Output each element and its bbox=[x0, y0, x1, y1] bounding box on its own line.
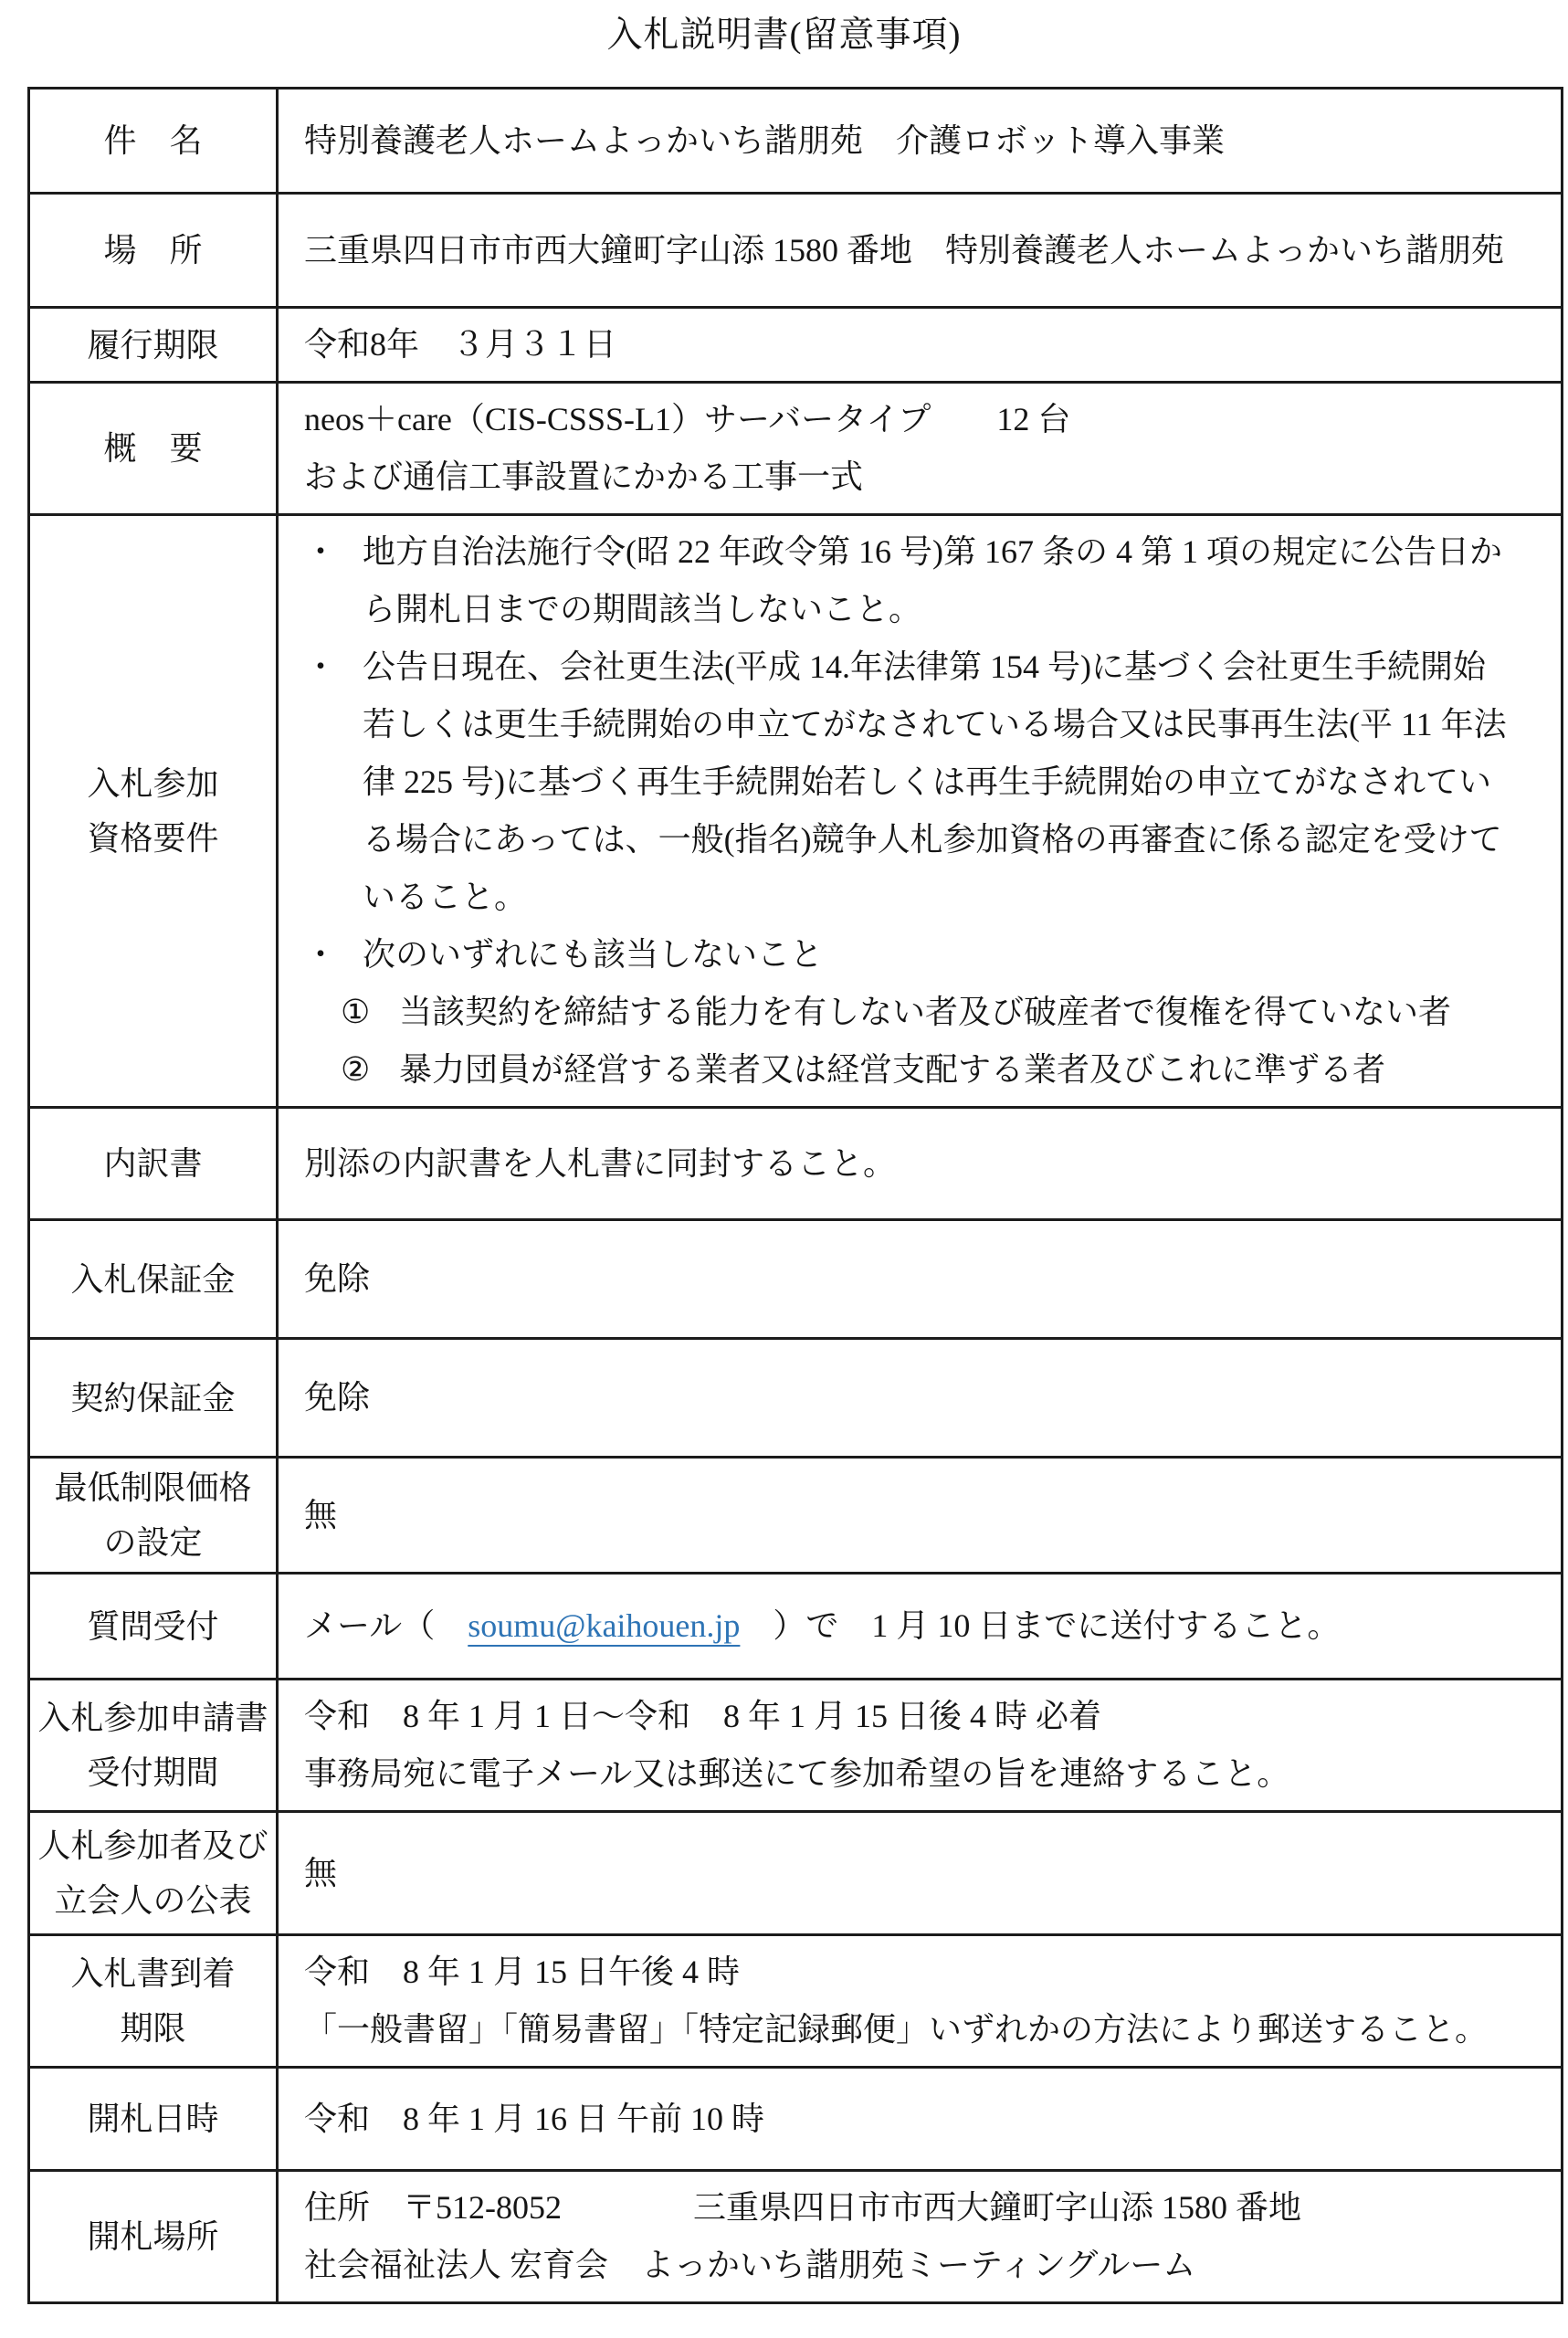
row-label-kaisatsu-nichiji: 開札日時 bbox=[29, 2068, 278, 2171]
row-content-kenmei: 特別養護老人ホームよっかいち諧朋苑 介護ロボット導入事業 bbox=[278, 89, 1563, 194]
item-number-marker: ② bbox=[341, 1041, 399, 1099]
content-line: る場合にあっては、一般(指名)競争人札参加資格の再審査に係る認定を受けて bbox=[363, 811, 1544, 869]
item-number-marker: ① bbox=[341, 984, 399, 1041]
table-row-sanka-shinseisho: 入札参加申請書受付期間令和 8 年 1 月 1 日～令和 8 年 1 月 15 … bbox=[29, 1680, 1563, 1812]
table-row-rikou-kigen: 履行期限令和8年 ３月３１日 bbox=[29, 308, 1563, 383]
row-label-shitsumon-uketsuke: 質問受付 bbox=[29, 1574, 278, 1680]
table-row-saitei-kakaku: 最低制限価格の設定無 bbox=[29, 1458, 1563, 1574]
content-line: neos＋care（CIS-CSSS-L1）サーバータイプ 12 台 bbox=[304, 391, 1544, 448]
row-content-sanka-shikaku: ・地方自治法施行令(昭 22 年政令第 16 号)第 167 条の 4 第 1 … bbox=[278, 515, 1563, 1108]
bullet-marker: ・ bbox=[304, 926, 363, 984]
content-line: メール（ soumu@kaihouen.jp ）で 1 月 10 日までに送付す… bbox=[304, 1597, 1544, 1655]
row-label-line: 開札場所 bbox=[34, 2209, 272, 2264]
row-label-line: 履行期限 bbox=[34, 318, 272, 373]
table-row-sanka-shikaku: 入札参加資格要件・地方自治法施行令(昭 22 年政令第 16 号)第 167 条… bbox=[29, 515, 1563, 1108]
content-line: 令和8年 ３月３１日 bbox=[304, 316, 1544, 374]
table-row-tachiainin-kouhyou: 人札参加者及び立会人の公表無 bbox=[29, 1812, 1563, 1935]
list-item-text: 公告日現在、会社更生法(平成 14.年法律第 154 号)に基づく会社更生手続開… bbox=[363, 638, 1486, 696]
bid-spec-table: 件 名特別養護老人ホームよっかいち諧朋苑 介護ロボット導入事業場 所三重県四日市… bbox=[27, 87, 1563, 2304]
content-line: 特別養護老人ホームよっかいち諧朋苑 介護ロボット導入事業 bbox=[304, 112, 1544, 170]
content-line: ①当該契約を締結する能力を有しない者及び破産者で復権を得ていない者 bbox=[341, 984, 1544, 1041]
content-line: および通信工事設置にかかる工事一式 bbox=[304, 448, 1544, 506]
row-label-line: 人札参加者及び bbox=[34, 1818, 272, 1873]
content-line: 令和 8 年 1 月 1 日～令和 8 年 1 月 15 日後 4 時 必着 bbox=[304, 1688, 1544, 1745]
row-label-line: 資格要件 bbox=[34, 811, 272, 866]
content-line: ②暴力団員が経営する業者又は経営支配する業者及びこれに準ずる者 bbox=[341, 1041, 1544, 1099]
list-item-text: 地方自治法施行令(昭 22 年政令第 16 号)第 167 条の 4 第 1 項… bbox=[363, 523, 1502, 581]
row-label-kaisatsu-basho: 開札場所 bbox=[29, 2171, 278, 2303]
row-label-line: 場 所 bbox=[34, 223, 272, 278]
row-content-nyusatsu-hoshokin: 免除 bbox=[278, 1220, 1563, 1339]
content-line: 免除 bbox=[304, 1369, 1544, 1427]
content-line: 三重県四日市市西大鐘町字山添 1580 番地 特別養護老人ホームよっかいち諧朋苑 bbox=[304, 222, 1544, 279]
row-label-saitei-kakaku: 最低制限価格の設定 bbox=[29, 1458, 278, 1574]
content-line: ・地方自治法施行令(昭 22 年政令第 16 号)第 167 条の 4 第 1 … bbox=[304, 523, 1544, 581]
bullet-marker: ・ bbox=[304, 523, 363, 581]
row-label-line: 内訳書 bbox=[34, 1136, 272, 1191]
row-label-line: 入札保証金 bbox=[34, 1252, 272, 1307]
row-content-kaisatsu-nichiji: 令和 8 年 1 月 16 日 午前 10 時 bbox=[278, 2068, 1563, 2171]
content-line: 無 bbox=[304, 1487, 1544, 1544]
row-label-line: 立会人の公表 bbox=[34, 1873, 272, 1928]
row-content-saitei-kakaku: 無 bbox=[278, 1458, 1563, 1574]
table-row-keiyaku-hoshokin: 契約保証金免除 bbox=[29, 1339, 1563, 1458]
list-item-text: 次のいずれにも該当しないこと bbox=[363, 926, 823, 984]
row-label-line: 質問受付 bbox=[34, 1599, 272, 1654]
content-line: 「一般書留」「簡易書留」「特定記録郵便」いずれかの方法により郵送すること。 bbox=[304, 2001, 1544, 2059]
row-label-line: 開札日時 bbox=[34, 2091, 272, 2146]
row-label-sanka-shinseisho: 入札参加申請書受付期間 bbox=[29, 1680, 278, 1812]
content-line: 無 bbox=[304, 1845, 1544, 1902]
content-line: 社会福祉法人 宏育会 よっかいち諧朋苑ミーティングルーム bbox=[304, 2237, 1544, 2294]
content-line: 免除 bbox=[304, 1250, 1544, 1308]
list-item-text: 暴力団員が経営する業者又は経営支配する業者及びこれに準ずる者 bbox=[399, 1041, 1385, 1099]
table-row-uchiwakesho: 内訳書別添の内訳書を人札書に同封すること。 bbox=[29, 1108, 1563, 1220]
content-line: ・公告日現在、会社更生法(平成 14.年法律第 154 号)に基づく会社更生手続… bbox=[304, 638, 1544, 696]
content-line: ら開札日までの期間該当しないこと。 bbox=[363, 581, 1544, 638]
row-label-nyusatsu-hoshokin: 入札保証金 bbox=[29, 1220, 278, 1339]
row-label-line: の設定 bbox=[34, 1515, 272, 1570]
row-label-line: 入札参加 bbox=[34, 756, 272, 811]
row-label-kenmei: 件 名 bbox=[29, 89, 278, 194]
row-label-line: 契約保証金 bbox=[34, 1371, 272, 1426]
bullet-marker: ・ bbox=[304, 638, 363, 696]
row-label-line: 最低制限価格 bbox=[34, 1460, 272, 1515]
table-row-kenmei: 件 名特別養護老人ホームよっかいち諧朋苑 介護ロボット導入事業 bbox=[29, 89, 1563, 194]
document-page: 入札説明書(留意事項) 件 名特別養護老人ホームよっかいち諧朋苑 介護ロボット導… bbox=[0, 0, 1568, 2338]
row-content-uchiwakesho: 別添の内訳書を人札書に同封すること。 bbox=[278, 1108, 1563, 1220]
row-content-keiyaku-hoshokin: 免除 bbox=[278, 1339, 1563, 1458]
row-label-line: 概 要 bbox=[34, 421, 272, 476]
row-content-sanka-shinseisho: 令和 8 年 1 月 1 日～令和 8 年 1 月 15 日後 4 時 必着事務… bbox=[278, 1680, 1563, 1812]
row-label-gaiyou: 概 要 bbox=[29, 383, 278, 515]
row-label-basho: 場 所 bbox=[29, 194, 278, 308]
row-content-basho: 三重県四日市市西大鐘町字山添 1580 番地 特別養護老人ホームよっかいち諧朋苑 bbox=[278, 194, 1563, 308]
row-label-tochaku-kigen: 入札書到着期限 bbox=[29, 1935, 278, 2068]
email-link[interactable]: soumu@kaihouen.jp bbox=[468, 1607, 740, 1644]
row-label-line: 期限 bbox=[34, 2001, 272, 2056]
content-line: 律 225 号)に基づく再生手続開始若しくは再生手続開始の申立てがなされてい bbox=[363, 753, 1544, 811]
content-line: 令和 8 年 1 月 15 日午後 4 時 bbox=[304, 1943, 1544, 2001]
row-label-rikou-kigen: 履行期限 bbox=[29, 308, 278, 383]
row-content-shitsumon-uketsuke: メール（ soumu@kaihouen.jp ）で 1 月 10 日までに送付す… bbox=[278, 1574, 1563, 1680]
list-item-text: 当該契約を締結する能力を有しない者及び破産者で復権を得ていない者 bbox=[399, 984, 1451, 1041]
row-label-line: 入札書到着 bbox=[34, 1946, 272, 2001]
content-line: いること。 bbox=[363, 869, 1544, 926]
table-row-kaisatsu-basho: 開札場所住所 〒512-8052 三重県四日市市西大鐘町字山添 1580 番地社… bbox=[29, 2171, 1563, 2303]
row-content-rikou-kigen: 令和8年 ３月３１日 bbox=[278, 308, 1563, 383]
row-label-line: 入札参加申請書 bbox=[34, 1690, 272, 1745]
table-row-nyusatsu-hoshokin: 入札保証金免除 bbox=[29, 1220, 1563, 1339]
row-label-line: 受付期間 bbox=[34, 1745, 272, 1800]
row-label-sanka-shikaku: 入札参加資格要件 bbox=[29, 515, 278, 1108]
row-label-line: 件 名 bbox=[34, 113, 272, 168]
page-title: 入札説明書(留意事項) bbox=[0, 13, 1568, 58]
content-line: 事務局宛に電子メール又は郵送にて参加希望の旨を連絡すること。 bbox=[304, 1745, 1544, 1803]
row-label-tachiainin-kouhyou: 人札参加者及び立会人の公表 bbox=[29, 1812, 278, 1935]
content-line: 若しくは更生手続開始の申立てがなされている場合又は民事再生法(平 11 年法 bbox=[363, 696, 1544, 753]
table-row-gaiyou: 概 要neos＋care（CIS-CSSS-L1）サーバータイプ 12 台および… bbox=[29, 383, 1563, 515]
row-content-kaisatsu-basho: 住所 〒512-8052 三重県四日市市西大鐘町字山添 1580 番地社会福祉法… bbox=[278, 2171, 1563, 2303]
content-line: ・次のいずれにも該当しないこと bbox=[304, 926, 1544, 984]
row-label-keiyaku-hoshokin: 契約保証金 bbox=[29, 1339, 278, 1458]
table-row-kaisatsu-nichiji: 開札日時令和 8 年 1 月 16 日 午前 10 時 bbox=[29, 2068, 1563, 2171]
content-text: ）で 1 月 10 日までに送付すること。 bbox=[740, 1607, 1340, 1644]
row-content-tochaku-kigen: 令和 8 年 1 月 15 日午後 4 時「一般書留」「簡易書留」「特定記録郵便… bbox=[278, 1935, 1563, 2068]
content-text: メール（ bbox=[304, 1607, 468, 1644]
content-line: 住所 〒512-8052 三重県四日市市西大鐘町字山添 1580 番地 bbox=[304, 2179, 1544, 2237]
row-label-uchiwakesho: 内訳書 bbox=[29, 1108, 278, 1220]
row-content-tachiainin-kouhyou: 無 bbox=[278, 1812, 1563, 1935]
table-row-basho: 場 所三重県四日市市西大鐘町字山添 1580 番地 特別養護老人ホームよっかいち… bbox=[29, 194, 1563, 308]
row-content-gaiyou: neos＋care（CIS-CSSS-L1）サーバータイプ 12 台および通信工… bbox=[278, 383, 1563, 515]
table-row-tochaku-kigen: 入札書到着期限令和 8 年 1 月 15 日午後 4 時「一般書留」「簡易書留」… bbox=[29, 1935, 1563, 2068]
content-line: 令和 8 年 1 月 16 日 午前 10 時 bbox=[304, 2091, 1544, 2148]
content-line: 別添の内訳書を人札書に同封すること。 bbox=[304, 1135, 1544, 1193]
table-row-shitsumon-uketsuke: 質問受付メール（ soumu@kaihouen.jp ）で 1 月 10 日まで… bbox=[29, 1574, 1563, 1680]
